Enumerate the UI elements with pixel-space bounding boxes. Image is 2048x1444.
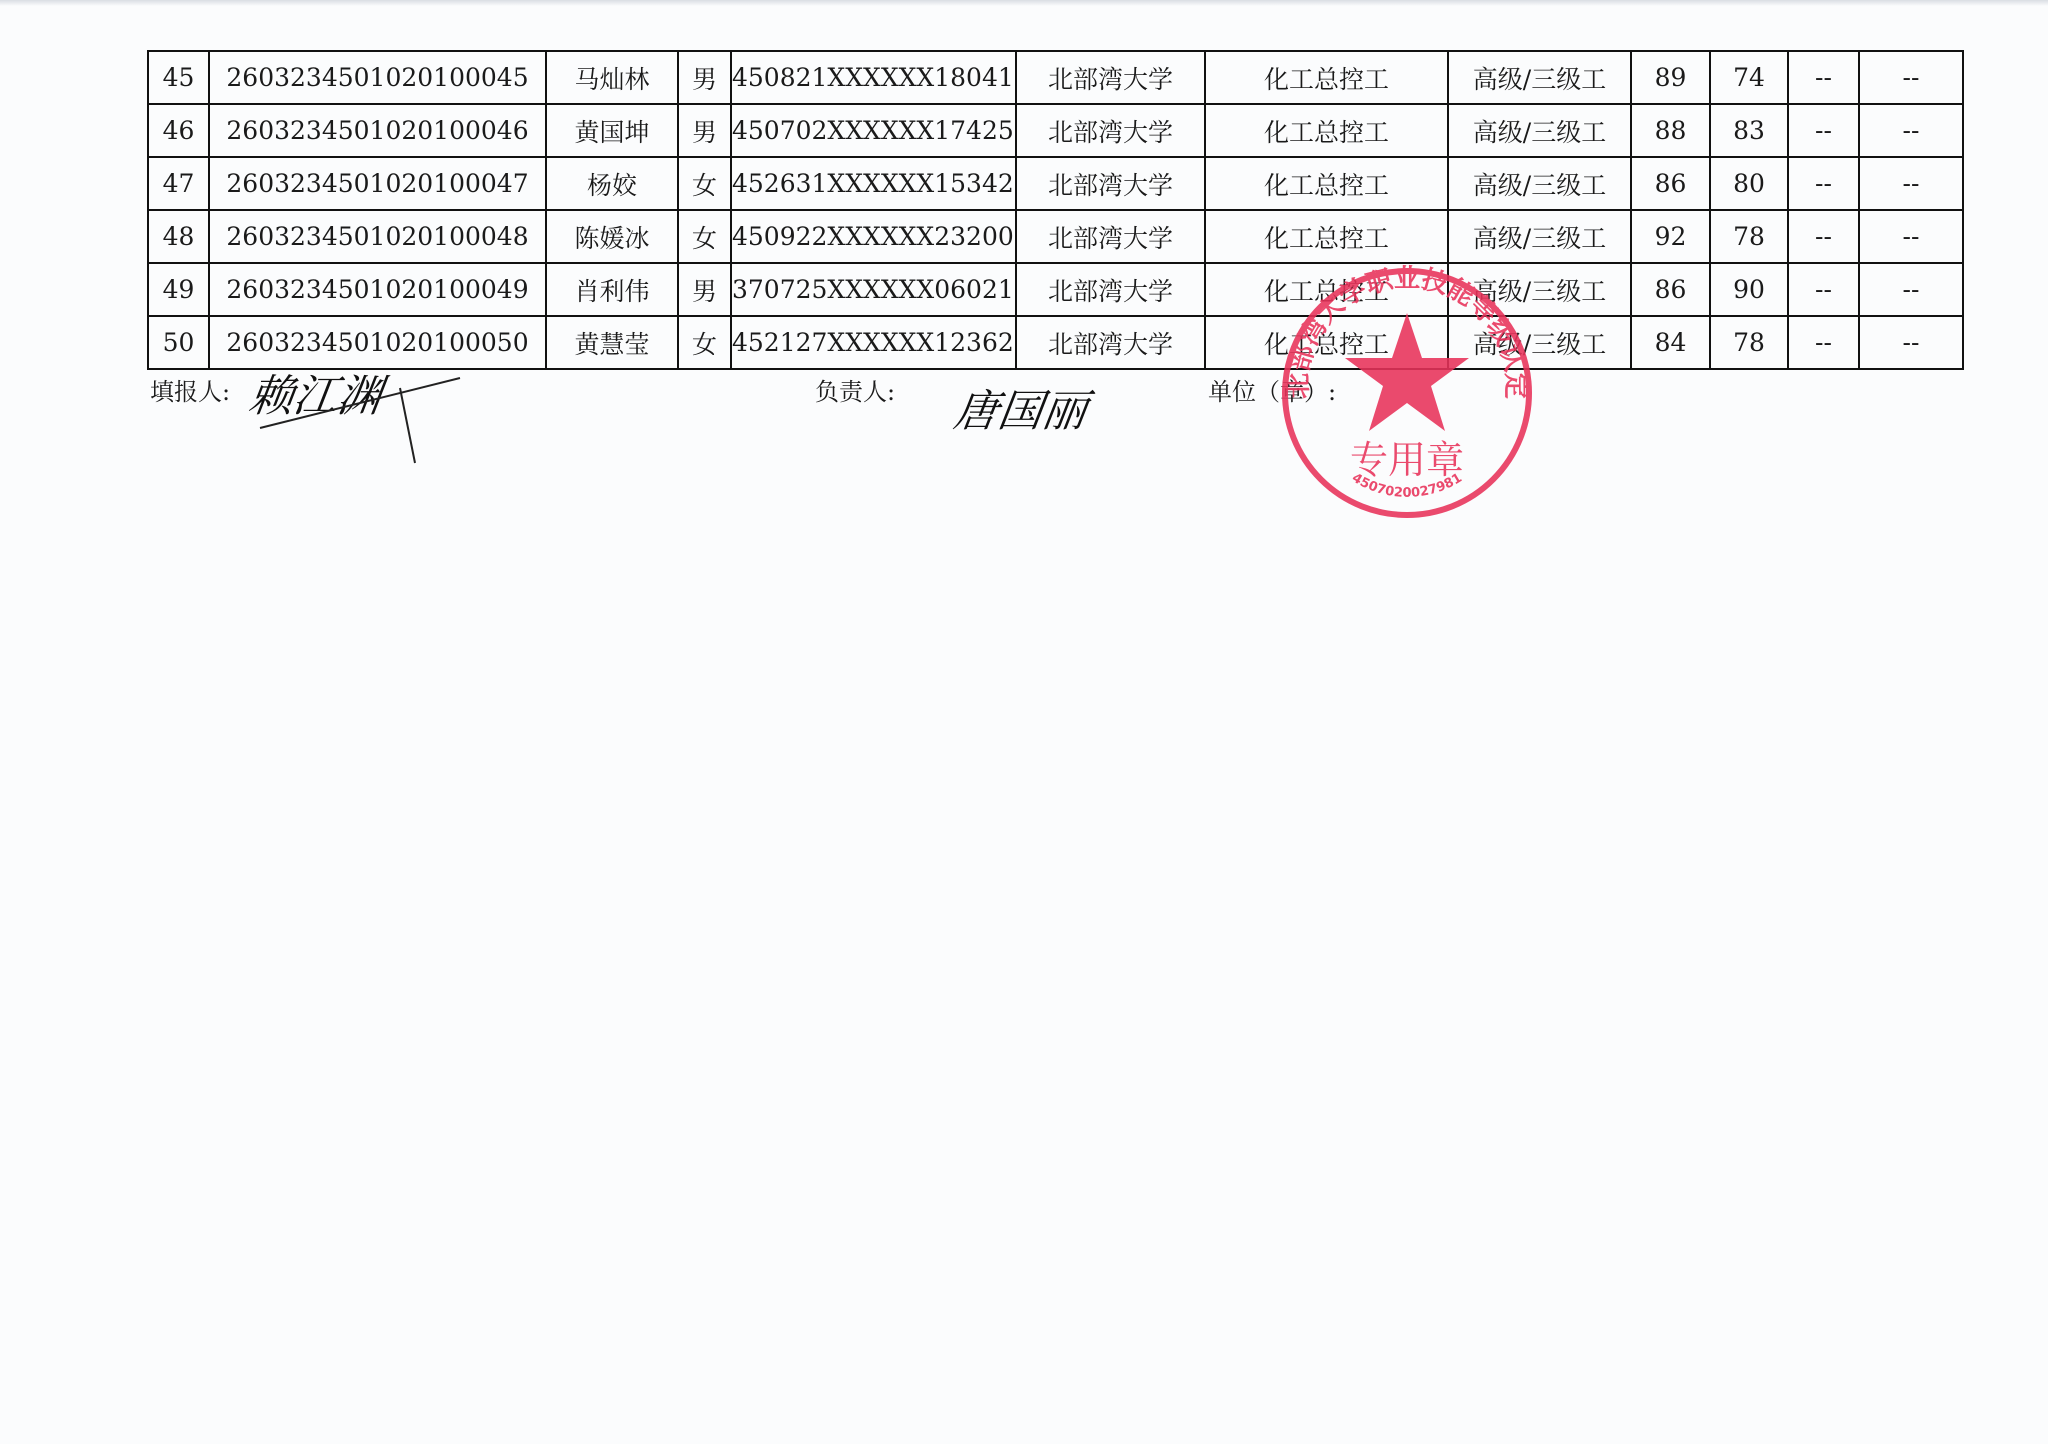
cell-level: 高级/三级工 — [1448, 210, 1631, 263]
cell-level: 高级/三级工 — [1448, 316, 1631, 369]
cell-occupation: 化工总控工 — [1205, 316, 1448, 369]
cell-extra1: -- — [1788, 210, 1859, 263]
cell-extra2: -- — [1859, 316, 1963, 369]
cell-org: 北部湾大学 — [1016, 51, 1205, 104]
cell-gender: 男 — [678, 51, 731, 104]
cell-seq: 49 — [148, 263, 209, 316]
cell-practical: 78 — [1710, 210, 1788, 263]
cell-practical: 90 — [1710, 263, 1788, 316]
cell-cert-no: 2603234501020100048 — [209, 210, 546, 263]
cell-seq: 47 — [148, 157, 209, 210]
cell-org: 北部湾大学 — [1016, 263, 1205, 316]
table-row: 482603234501020100048陈媛冰女450922XXXXXX232… — [148, 210, 1963, 263]
cell-theory: 89 — [1631, 51, 1710, 104]
cell-org: 北部湾大学 — [1016, 104, 1205, 157]
responsible-label: 负责人: — [815, 372, 895, 407]
cell-extra2: -- — [1859, 210, 1963, 263]
cell-seq: 50 — [148, 316, 209, 369]
unit-seal-label: 单位（章）: — [1208, 372, 1336, 407]
cell-id-no: 450922XXXXXX232005 — [731, 210, 1016, 263]
cell-id-no: 450821XXXXXX180416 — [731, 51, 1016, 104]
cell-gender: 男 — [678, 104, 731, 157]
cell-id-no: 450702XXXXXX174259 — [731, 104, 1016, 157]
cell-gender: 女 — [678, 316, 731, 369]
cell-theory: 84 — [1631, 316, 1710, 369]
cell-extra1: -- — [1788, 157, 1859, 210]
cell-theory: 86 — [1631, 263, 1710, 316]
signature-stroke — [250, 368, 470, 468]
cell-cert-no: 2603234501020100049 — [209, 263, 546, 316]
cell-gender: 男 — [678, 263, 731, 316]
cell-occupation: 化工总控工 — [1205, 51, 1448, 104]
cell-name: 陈媛冰 — [546, 210, 678, 263]
responsible-signature: 唐国丽 — [951, 375, 1092, 439]
cell-seq: 46 — [148, 104, 209, 157]
cell-theory: 92 — [1631, 210, 1710, 263]
cell-practical: 74 — [1710, 51, 1788, 104]
roster-table: 452603234501020100045马灿林男450821XXXXXX180… — [147, 50, 1964, 370]
cell-gender: 女 — [678, 210, 731, 263]
cell-org: 北部湾大学 — [1016, 316, 1205, 369]
cell-id-no: 370725XXXXXX060213 — [731, 263, 1016, 316]
cell-name: 黄国坤 — [546, 104, 678, 157]
cell-cert-no: 2603234501020100046 — [209, 104, 546, 157]
cell-seq: 48 — [148, 210, 209, 263]
cell-practical: 80 — [1710, 157, 1788, 210]
table-row: 462603234501020100046黄国坤男450702XXXXXX174… — [148, 104, 1963, 157]
cell-cert-no: 2603234501020100045 — [209, 51, 546, 104]
cell-occupation: 化工总控工 — [1205, 104, 1448, 157]
cell-extra1: -- — [1788, 51, 1859, 104]
cell-name: 马灿林 — [546, 51, 678, 104]
table-row: 472603234501020100047杨姣女452631XXXXXX1534… — [148, 157, 1963, 210]
cell-seq: 45 — [148, 51, 209, 104]
cell-id-no: 452127XXXXXX123623 — [731, 316, 1016, 369]
cell-name: 黄慧莹 — [546, 316, 678, 369]
cell-theory: 86 — [1631, 157, 1710, 210]
scan-edge — [0, 0, 2048, 6]
cell-occupation: 化工总控工 — [1205, 210, 1448, 263]
cell-gender: 女 — [678, 157, 731, 210]
cell-cert-no: 2603234501020100047 — [209, 157, 546, 210]
table-row: 492603234501020100049肖利伟男370725XXXXXX060… — [148, 263, 1963, 316]
cell-org: 北部湾大学 — [1016, 210, 1205, 263]
cell-extra1: -- — [1788, 316, 1859, 369]
cell-level: 高级/三级工 — [1448, 51, 1631, 104]
cell-practical: 83 — [1710, 104, 1788, 157]
cell-occupation: 化工总控工 — [1205, 157, 1448, 210]
cell-extra2: -- — [1859, 157, 1963, 210]
cell-level: 高级/三级工 — [1448, 263, 1631, 316]
table-row: 452603234501020100045马灿林男450821XXXXXX180… — [148, 51, 1963, 104]
table-row: 502603234501020100050黄慧莹女452127XXXXXX123… — [148, 316, 1963, 369]
cell-extra2: -- — [1859, 104, 1963, 157]
cell-level: 高级/三级工 — [1448, 157, 1631, 210]
cell-occupation: 化工总控工 — [1205, 263, 1448, 316]
cell-extra1: -- — [1788, 263, 1859, 316]
svg-text:4507020027981: 4507020027981 — [1349, 471, 1465, 501]
cell-extra1: -- — [1788, 104, 1859, 157]
cell-id-no: 452631XXXXXX153425 — [731, 157, 1016, 210]
filler-label: 填报人: — [150, 372, 230, 407]
cell-name: 肖利伟 — [546, 263, 678, 316]
cell-practical: 78 — [1710, 316, 1788, 369]
cell-level: 高级/三级工 — [1448, 104, 1631, 157]
cell-name: 杨姣 — [546, 157, 678, 210]
cell-extra2: -- — [1859, 263, 1963, 316]
svg-text:专用章: 专用章 — [1350, 438, 1464, 482]
cell-org: 北部湾大学 — [1016, 157, 1205, 210]
cell-theory: 88 — [1631, 104, 1710, 157]
cell-extra2: -- — [1859, 51, 1963, 104]
